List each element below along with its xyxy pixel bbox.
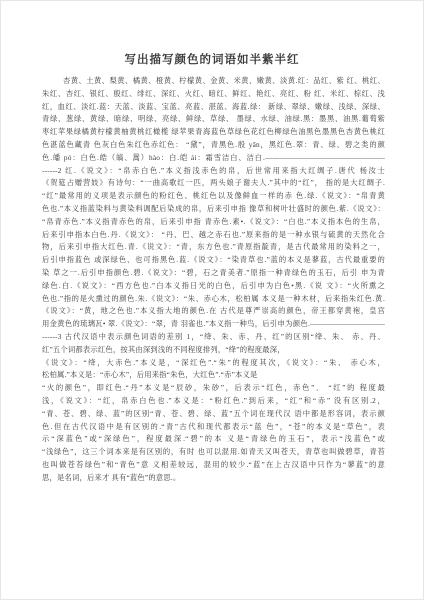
- text-line: 朱红、杏红、银红、殷红、绯红、深红、火红、暗红、鲜红、艳红、亮红、粉 红、米红、…: [42, 88, 385, 101]
- text-line: 用金黄色的琉璃瓦• 翠.《说文》：“翠，青 羽雀也.”本义指一种鸟，后引申为颜色…: [42, 318, 385, 331]
- text-line: “火的颜色”，即红色.“丹”本义是“辰砂，朱砂”，后表示“红色，赤色”． “红”…: [42, 382, 385, 395]
- text-line: 染 草之一.后引申指颜色.碧.《说文》：“碧，石之青美者.”原指一种青绿色的玉石…: [42, 267, 385, 280]
- text-line: 色也.”本义指蓝染料与黄染料调配后染成的帛，后来引申指 像草和树叶壮盛时的颜色.…: [42, 203, 385, 216]
- text-line: 杏黄、土黄、梨黄、橘黄、橙黄、柠檬黄、金黄、米黄、嫩黄、淡黄.红：品红、紫 红、…: [42, 75, 385, 88]
- text-line: 色.皤 pó：白色.皓（皜、暠）hào：白.皑 ái：霜雪洁白、洁白.—————…: [42, 152, 385, 165]
- text-line: 红，血红、淡红.蓝：天蓝、淡蓝、宝蓝、亮蓝、湛蓝、海蓝.绿： 新绿、翠绿、嫩绿、…: [42, 101, 385, 114]
- text-line: 红”五个词都表示红色，按其由深到浅的不同程度排列，“绛”的程度最深，: [42, 344, 385, 357]
- text-line: 《说文》：“绛，大赤色.”本义是，“深红色”.“朱”的程度其次，《说文》：“朱、…: [42, 357, 385, 370]
- text-line: “青、苍、碧、绿、蓝”的区别“青、苍、碧、绿、蓝”五个词在现代汉 语中都是形容词…: [42, 408, 385, 421]
- text-line: “红”最常用的义项是表示颜色的粉红色、桃红色以及像鲜血一样的赤 色.绿.《说文》…: [42, 190, 385, 203]
- text-line: 松柏属.”本义是：“赤心木”，后用来指“朱色，大红色”.“赤”本义是: [42, 369, 385, 382]
- text-line: 色湛蓝色藏青 色灰白色朱红色赤红色： “黛”，青黑色.殷 yān，黑红色.翠：青…: [42, 139, 385, 152]
- page-title: 写出描写颜色的词语如半紫半红: [1, 51, 423, 67]
- text-line: 浅，《说文》：“红，帛赤白色也.”本义是：“粉红色.”到后来，“红”和“赤” 没…: [42, 395, 385, 408]
- text-line: 思，是名词，后来才 具有“蓝色”的意思.。: [42, 472, 385, 485]
- paragraph: ------2 红.《说文》：“帛赤白色.”本义指浅赤色的帛，后世常用来指大红绸…: [42, 165, 385, 331]
- text-line: “帛青赤色.”本义指青赤色的帛，后来引申指 青赤色.素•.《说文》：“白也.”本…: [42, 216, 385, 229]
- text-line: 示“深蓝色”或“深绿色”，程度最深.“碧”的本 义是“青绿色的玉石”，表示“浅蓝…: [42, 433, 385, 446]
- text-line: 枣红苹果绿橘黄柠檬黄柚黄桃红橄榄 绿苹果青海蓝色草绿色花红色柳绿色油黑色墨黑色杏…: [42, 126, 385, 139]
- text-line: 绿色.白.《说文》：“西方色也.”白本义指日光的白色，后引申为白色•黑.《说 文…: [42, 280, 385, 293]
- paragraph: 杏黄、土黄、梨黄、橘黄、橙黄、柠檬黄、金黄、米黄、嫩黄、淡黄.红：品红、紫 红、…: [42, 75, 385, 165]
- text-line: 后引申指蓝色 或深绿色、也可指黑色.蓝.《说文》：“染青草也.”蓝的本义是蓼蓝，…: [42, 254, 385, 267]
- text-line: 后来引申指本白色.丹.《说文》： “丹、巴、越之赤石也.”原来指的是一种水银与硫…: [42, 229, 385, 242]
- text-line: ------2 红.《说文》：“帛赤白色.”本义指浅赤色的帛，后世常用来指大红绸…: [42, 165, 385, 178]
- text-line: 也叫做苍苔绿色”和“青色”意 义相差较远，混用的较少.“蓝”在上古汉语中只作为“…: [42, 459, 385, 472]
- text-line: ------3 古代汉语中表示颜色词语的差别 1，“绛、朱、赤、丹、红”的区别“…: [42, 331, 385, 344]
- text-line: 物，后来引申指大红色.青.《说文》：“青，东方色也.”青原指靛青，是古代最常用的…: [42, 241, 385, 254]
- text-line: 色也.”指的是火熏过的颜色.朱.《说文》：“朱、赤心木，松柏属 本义是一种木材，…: [42, 293, 385, 306]
- text-line: 《说文》：“黄，地之色也.”本义指大地的颜色.在 古代是尊严崇高的颜色，帝王都穿…: [42, 305, 385, 318]
- paragraph: ------3 古代汉语中表示颜色词语的差别 1，“绛、朱、赤、丹、红”的区别“…: [42, 331, 385, 485]
- document-body: 杏黄、土黄、梨黄、橘黄、橙黄、柠檬黄、金黄、米黄、嫩黄、淡黄.红：品红、紫 红、…: [42, 75, 385, 485]
- document-page: 写出描写颜色的词语如半紫半红 杏黄、土黄、梨黄、橘黄、橙黄、柠檬黄、金黄、米黄、…: [0, 0, 424, 600]
- text-line: “浅绿色”，这三个词本来是有区别的，有时 也可以混用.如青天又叫苍天，青草也叫做…: [42, 446, 385, 459]
- text-line: 色.但在古代汉语中是有区别的.“青”古代和现代都表示“蓝 色”，“苍”的本义是“…: [42, 421, 385, 434]
- text-line: 《贺筵占赠营妓》有诗句：“一曲高歌红一匹，两头娘子谢夫人.”其中的“红”， 指的…: [42, 177, 385, 190]
- text-line: 青绿、葱绿、黄绿、暗绿、明绿、亮绿、鲜绿、草绿、 墨绿、水绿、油绿.黑：墨黑、油…: [42, 113, 385, 126]
